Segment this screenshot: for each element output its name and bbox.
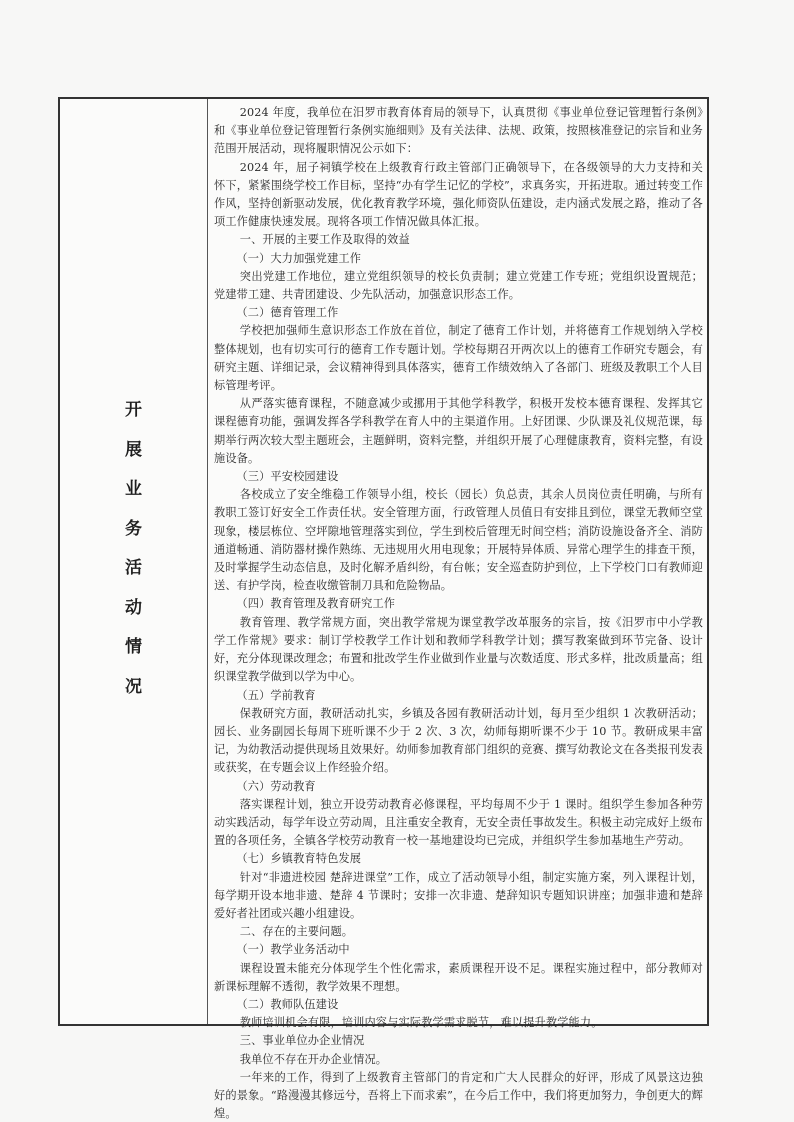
subsection-heading-teacher-team: （二）教师队伍建设 — [214, 996, 703, 1014]
subsection-heading-featured: （七）乡镇教育特色发展 — [214, 850, 703, 868]
activity-report-table: 开 展 业 务 活 动 情 况 2024 年度，我单位在汨罗市教育体育局的领导下… — [58, 97, 709, 1026]
moral-education-paragraph-2: 从严落实德育课程，不随意减少或挪用于其他学科教学，积极开发校本德育课程、发挥其它… — [214, 395, 703, 468]
subsection-heading-party: （一）大力加强党建工作 — [214, 250, 703, 268]
subsection-heading-preschool: （五）学前教育 — [214, 687, 703, 705]
subsection-heading-labor: （六）劳动教育 — [214, 778, 703, 796]
subsection-heading-teaching-management: （四）教育管理及教育研究工作 — [214, 595, 703, 613]
conclusion-paragraph: 一年来的工作，得到了上级教育主管部门的肯定和广大人民群众的好评，形成了风景这边独… — [214, 1069, 703, 1122]
row-label-char: 务 — [125, 521, 142, 561]
featured-development-paragraph: 针对“非遗进校园 楚辞进课堂”工作，成立了活动领导小组，制定实施方案，列入课程计… — [214, 869, 703, 924]
subsection-heading-safety: （三）平安校园建设 — [214, 468, 703, 486]
overview-paragraph: 2024 年，屈子祠镇学校在上级教育行政主管部门正确领导下，在各级领导的大力支持… — [214, 159, 703, 232]
teaching-problems-paragraph: 课程设置未能充分体现学生个性化需求，素质课程开设不足。课程实施过程中，部分教师对… — [214, 960, 703, 996]
labor-education-paragraph: 落实课程计划，独立开设劳动教育必修课程，平均每周不少于 1 课时。组织学生参加各… — [214, 796, 703, 851]
section-heading-main-work: 一、开展的主要工作及取得的效益 — [214, 231, 703, 249]
row-label-vertical: 开 展 业 务 活 动 情 况 — [60, 402, 207, 718]
teacher-team-paragraph: 教师培训机会有限，培训内容与实际教学需求脱节，难以提升教学能力。 — [214, 1014, 703, 1032]
subsection-heading-teaching-activities: （一）教学业务活动中 — [214, 941, 703, 959]
row-label-cell: 开 展 业 务 活 动 情 况 — [60, 99, 208, 1024]
row-label-char: 活 — [125, 560, 142, 600]
moral-education-paragraph-1: 学校把加强师生意识形态工作放在首位，制定了德育工作计划，并将德育工作规划纳入学校… — [214, 322, 703, 395]
subsection-heading-moral: （二）德育管理工作 — [214, 304, 703, 322]
safety-paragraph: 各校成立了安全维稳工作领导小组，校长（园长）负总责，其余人员岗位责任明确，与所有… — [214, 486, 703, 595]
enterprise-paragraph: 我单位不存在开办企业情况。 — [214, 1051, 703, 1069]
party-building-paragraph: 突出党建工作地位，建立党组织领导的校长负责制；建立党建工作专班；党组织设置规范；… — [214, 268, 703, 304]
intro-paragraph: 2024 年度，我单位在汨罗市教育体育局的领导下，认真贯彻《事业单位登记管理暂行… — [214, 104, 703, 159]
row-label-char: 情 — [125, 639, 142, 679]
row-label-char: 况 — [125, 679, 142, 719]
row-label-char: 展 — [125, 442, 142, 482]
report-content-cell: 2024 年度，我单位在汨罗市教育体育局的领导下，认真贯彻《事业单位登记管理暂行… — [208, 99, 707, 1024]
section-heading-problems: 二、存在的主要问题。 — [214, 923, 703, 941]
teaching-management-paragraph: 教育管理、教学常规方面，突出教学常规为课堂教学改革服务的宗旨，按《汨罗市中小学教… — [214, 614, 703, 687]
preschool-paragraph: 保教研究方面，教研活动扎实，乡镇及各园有教研活动计划，每月至少组织 1 次教研活… — [214, 705, 703, 778]
row-label-char: 动 — [125, 600, 142, 640]
row-label-char: 业 — [125, 481, 142, 521]
section-heading-enterprise: 三、事业单位办企业情况 — [214, 1032, 703, 1050]
row-label-char: 开 — [125, 402, 142, 442]
